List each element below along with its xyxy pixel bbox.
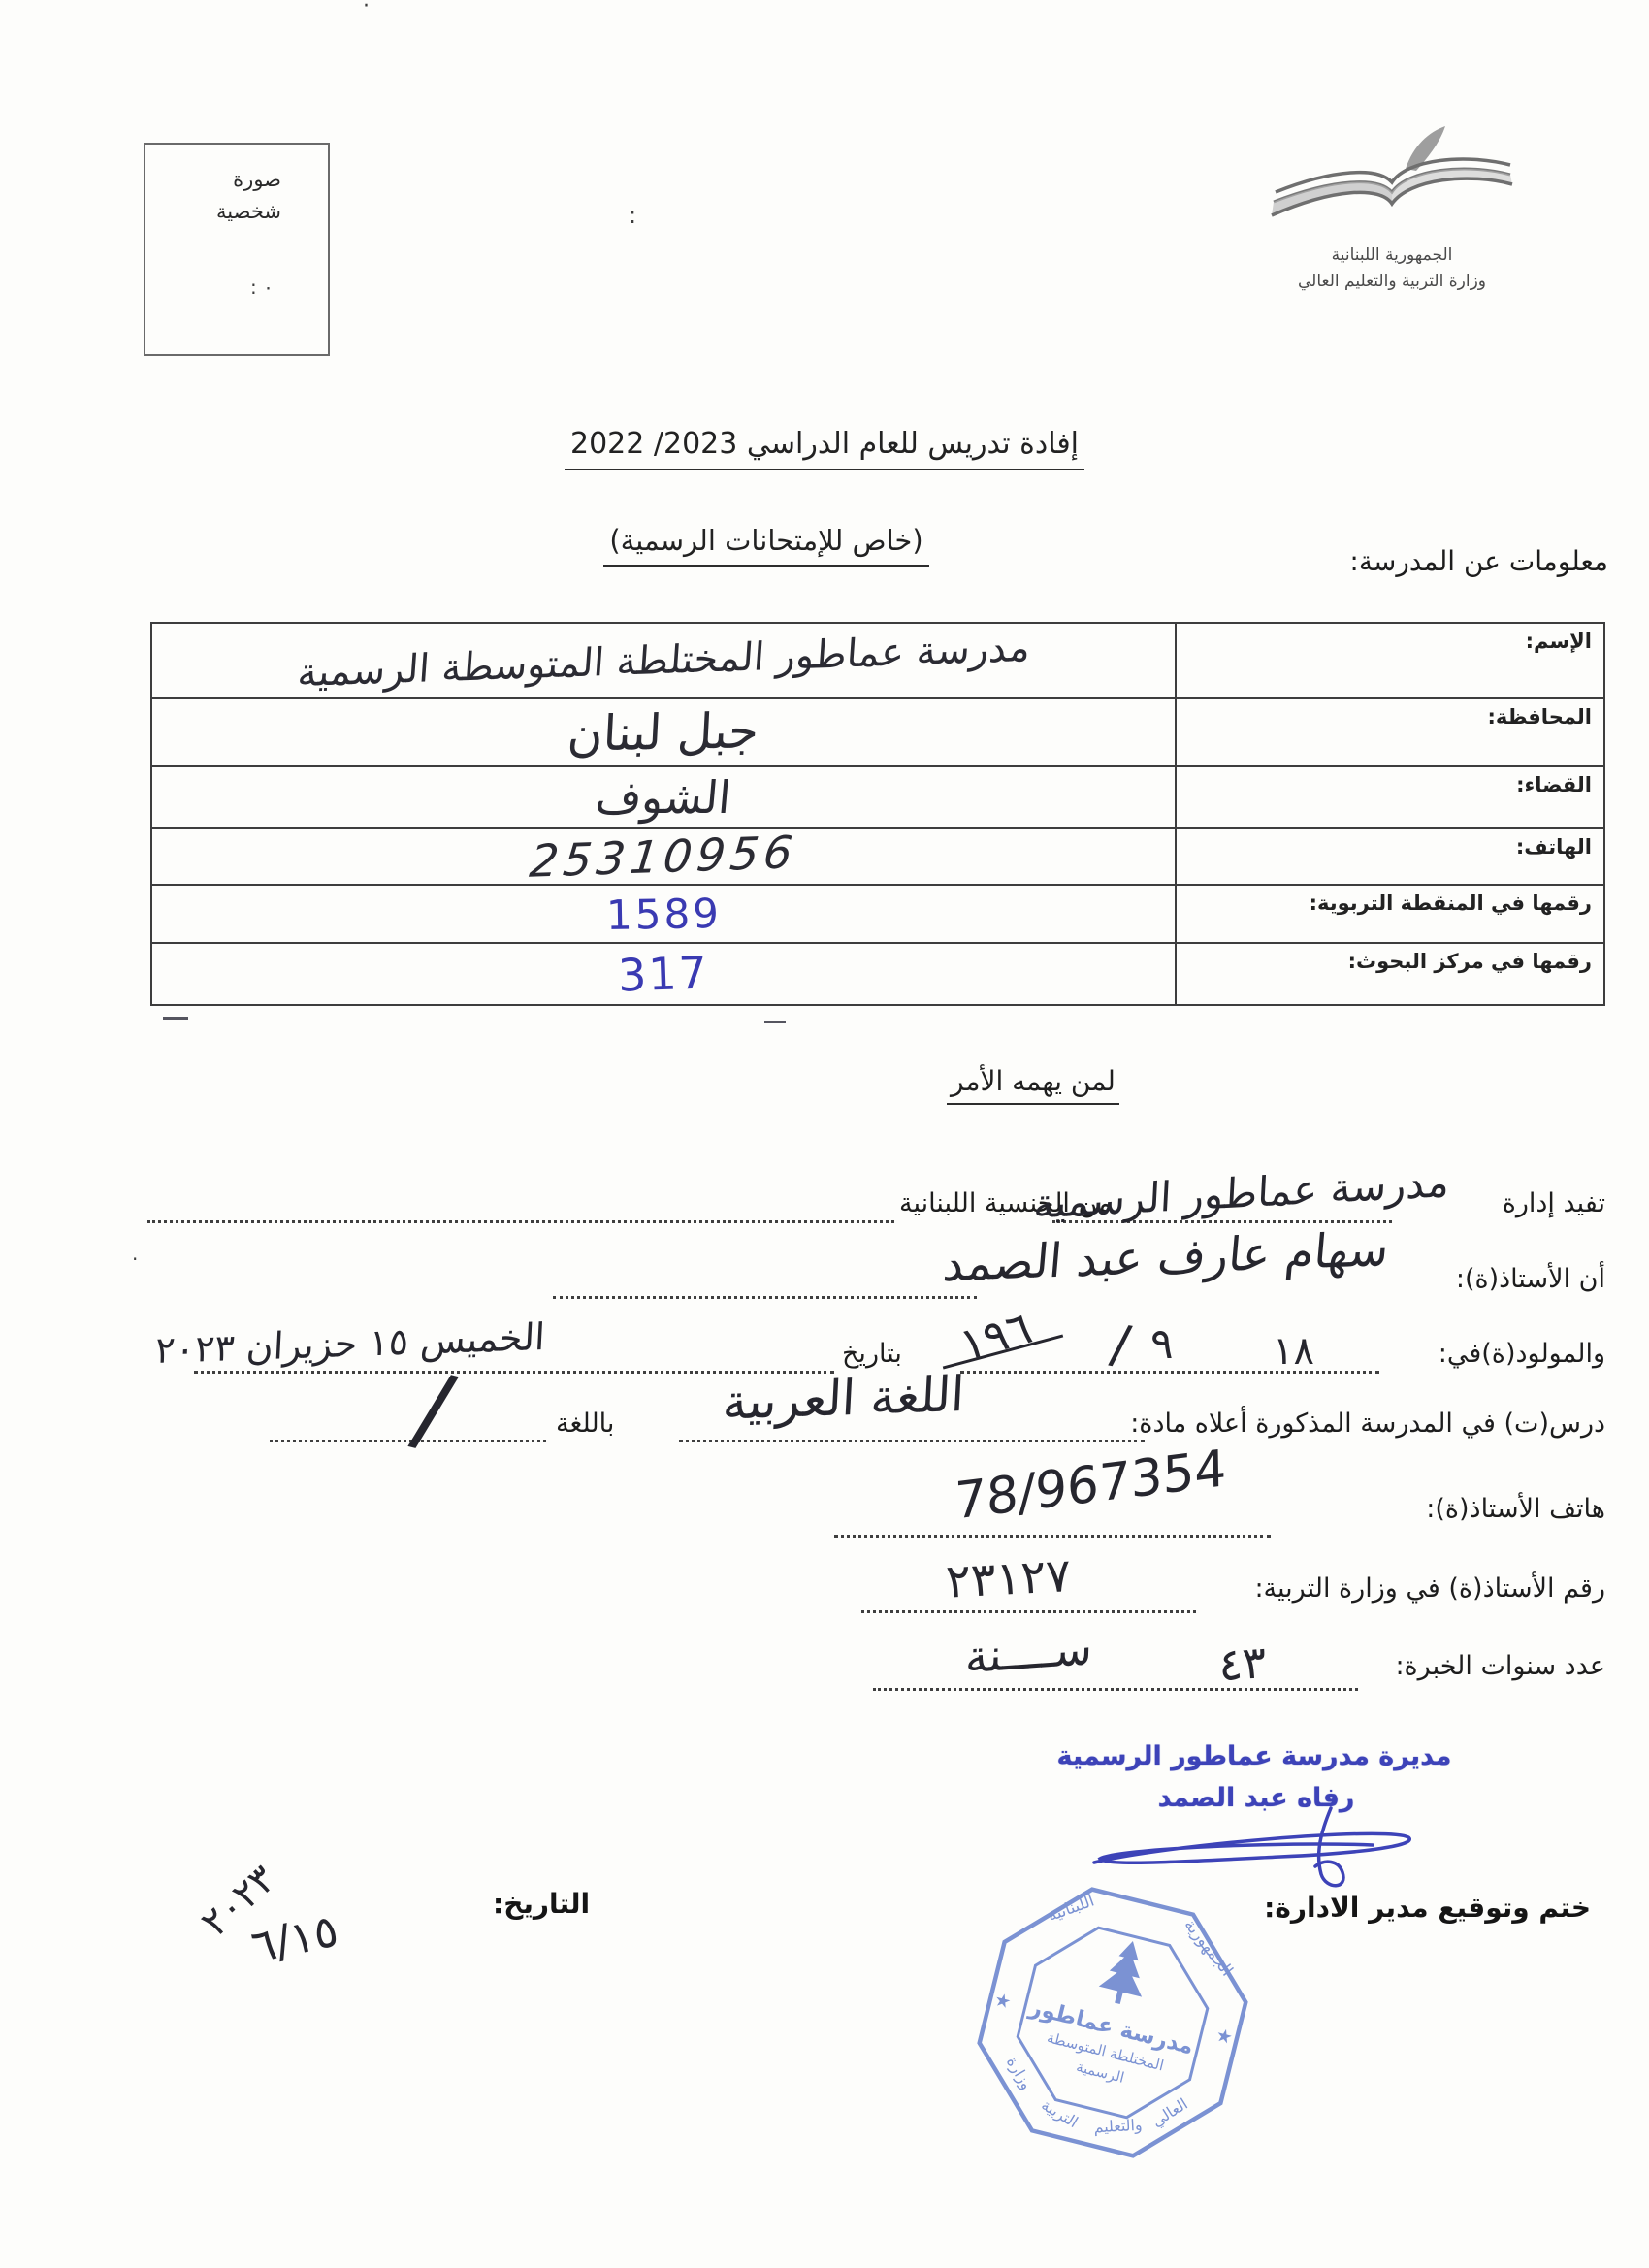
school-info-table: الإسم: مدرسة عماطور المختلطة المتوسطة ال…	[150, 622, 1605, 1006]
handwritten-birth-day: ١٨	[1273, 1329, 1314, 1374]
stamp-ring-republic: الجمهورية	[1180, 1915, 1238, 1980]
handwritten-date-day-month: ٦/١٥	[246, 1904, 342, 1973]
table-row: القضاء: الشوف	[151, 766, 1604, 828]
line3-prefix: والمولود(ة)في:	[1439, 1339, 1605, 1369]
handwritten-big-slash: /	[404, 1350, 464, 1469]
line6-prefix: رقم الأستاذ(ة) في وزارة التربية:	[1254, 1573, 1605, 1604]
letter-heading-text: لمن يهمه الأمر	[947, 1065, 1119, 1105]
handwritten-school-admin: مدرسة عماطور الرسمية	[1032, 1158, 1450, 1228]
dotted-line	[679, 1440, 1145, 1442]
table-row: الهاتف: 25310956	[151, 828, 1604, 885]
certificate-title-text: إفادة تدريس للعام الدراسي	[747, 427, 1079, 461]
certificate-subtitle: (خاص للإمتحانات الرسمية)	[0, 524, 1533, 567]
row-value-cell: الشوف	[151, 766, 1176, 828]
republic-name: الجمهورية اللبنانية	[1208, 243, 1576, 269]
letter-heading: لمن يهمه الأمر	[878, 1065, 1188, 1105]
line1-prefix: تفيد إدارة	[1503, 1188, 1605, 1218]
row-label: القضاء:	[1176, 766, 1604, 828]
scan-artifact-colon: ٠ :	[250, 275, 274, 299]
row-label: الإسم:	[1176, 623, 1604, 698]
scanned-document-page: { "photo_box": { "line1": "صورة", "line2…	[0, 0, 1649, 2268]
handwritten-school-name: مدرسة عماطور المختلطة المتوسطة الرسمية	[296, 626, 1031, 696]
row-label: رقمها في المنقطة التربوية:	[1176, 885, 1604, 943]
certificate-title: إفادة تدريس للعام الدراسي 2022 /2023	[0, 427, 1649, 470]
school-info-heading: معلومات عن المدرسة:	[1349, 545, 1608, 577]
handwritten-teacher-phone: 78/967354	[954, 1440, 1227, 1532]
handwritten-subject: اللغة العربية	[722, 1366, 966, 1431]
date-label: التاريخ:	[493, 1888, 590, 1920]
star-icon: ★	[1213, 2025, 1235, 2049]
scan-artifact-dot: ·	[132, 1247, 138, 1271]
official-school-stamp-icon: مدرسة عماطور المختلطة المتوسطة الرسمية ا…	[937, 1847, 1287, 2197]
table-row: رقمها في المنقطة التربوية: 1589	[151, 885, 1604, 943]
open-book-logo-icon	[1246, 124, 1537, 239]
dotted-line	[960, 1371, 1379, 1374]
table-row: المحافظة: جبل لبنان	[151, 698, 1604, 766]
row-value-cell: 317	[151, 943, 1176, 1005]
row-value-cell: 25310956	[151, 828, 1176, 885]
photo-box-label-line1: صورة	[145, 164, 281, 196]
handwritten-school-phone: 25310956	[527, 826, 799, 888]
handwritten-governorate: جبل لبنان	[566, 702, 760, 762]
scan-artifact-colon: :	[629, 202, 636, 229]
handwritten-zone-number: 1589	[605, 889, 722, 938]
star-icon: ★	[992, 1989, 1014, 2013]
stamp-signature-label: ختم وتوقيع مدير الادارة:	[1264, 1892, 1591, 1924]
handwritten-ministry-number: ٢٣١٢٧	[945, 1548, 1073, 1609]
handwritten-district: الشوف	[594, 771, 733, 824]
row-value-cell: جبل لبنان	[151, 698, 1176, 766]
table-row: رقمها في مركز البحوث: 317	[151, 943, 1604, 1005]
handwritten-certificate-date: الخميس ١٥ حزيران ٢٠٢٣	[154, 1315, 546, 1372]
row-label: رقمها في مركز البحوث:	[1176, 943, 1604, 1005]
handwritten-year-word: ســــنة	[964, 1622, 1093, 1683]
handwritten-birth-month: ٩	[1150, 1319, 1174, 1369]
handwritten-teacher-name: سهام عارف عبد الصمد	[941, 1222, 1391, 1292]
ink-smudge-mark	[764, 1021, 786, 1023]
row-value-cell: مدرسة عماطور المختلطة المتوسطة الرسمية	[151, 623, 1176, 698]
photo-box-label-line2: شخصية	[145, 196, 281, 228]
row-label: الهاتف:	[1176, 828, 1604, 885]
handwritten-research-number: 317	[617, 946, 710, 1001]
row-label: المحافظة:	[1176, 698, 1604, 766]
line5-prefix: هاتف الأستاذ(ة):	[1426, 1494, 1605, 1524]
ministry-name: وزارة التربية والتعليم العالي	[1208, 269, 1576, 295]
line7-prefix: عدد سنوات الخبرة:	[1395, 1651, 1605, 1681]
dotted-line	[147, 1220, 894, 1223]
stamp-ring-ministry-3: والتعليم	[1093, 2116, 1143, 2138]
row-value-cell: 1589	[151, 885, 1176, 943]
line4-prefix: درس(ت) في المدرسة المذكورة أعلاه مادة:	[1130, 1409, 1605, 1439]
ministry-header: الجمهورية اللبنانية وزارة التربية والتعل…	[1208, 124, 1576, 295]
scan-artifact-dot: ·	[363, 0, 370, 18]
dotted-line	[553, 1296, 977, 1299]
dotted-line	[873, 1688, 1358, 1691]
handwritten-experience-years: ٤٣	[1216, 1636, 1268, 1691]
signature-role: مديرة مدرسة عماطور الرسمية	[1055, 1741, 1453, 1771]
table-row: الإسم: مدرسة عماطور المختلطة المتوسطة ال…	[151, 623, 1604, 698]
ink-smudge-mark	[163, 1017, 188, 1020]
dotted-line	[861, 1610, 1196, 1613]
line3-mid-label: بتاريخ	[842, 1339, 902, 1369]
stamp-ring-lebanese: اللبنانية	[1045, 1891, 1096, 1926]
photo-placeholder-box: صورة شخصية	[144, 143, 330, 356]
line4-suffix: باللغة	[556, 1409, 614, 1439]
dotted-line	[834, 1535, 1271, 1538]
certificate-subtitle-text: (خاص للإمتحانات الرسمية)	[603, 524, 928, 567]
line2-prefix: أن الأستاذ(ة):	[1456, 1264, 1605, 1294]
cedar-tree-icon	[1096, 1936, 1154, 2009]
handwritten-slash: /	[1107, 1312, 1135, 1376]
academic-years: 2022 /2023	[570, 427, 737, 461]
